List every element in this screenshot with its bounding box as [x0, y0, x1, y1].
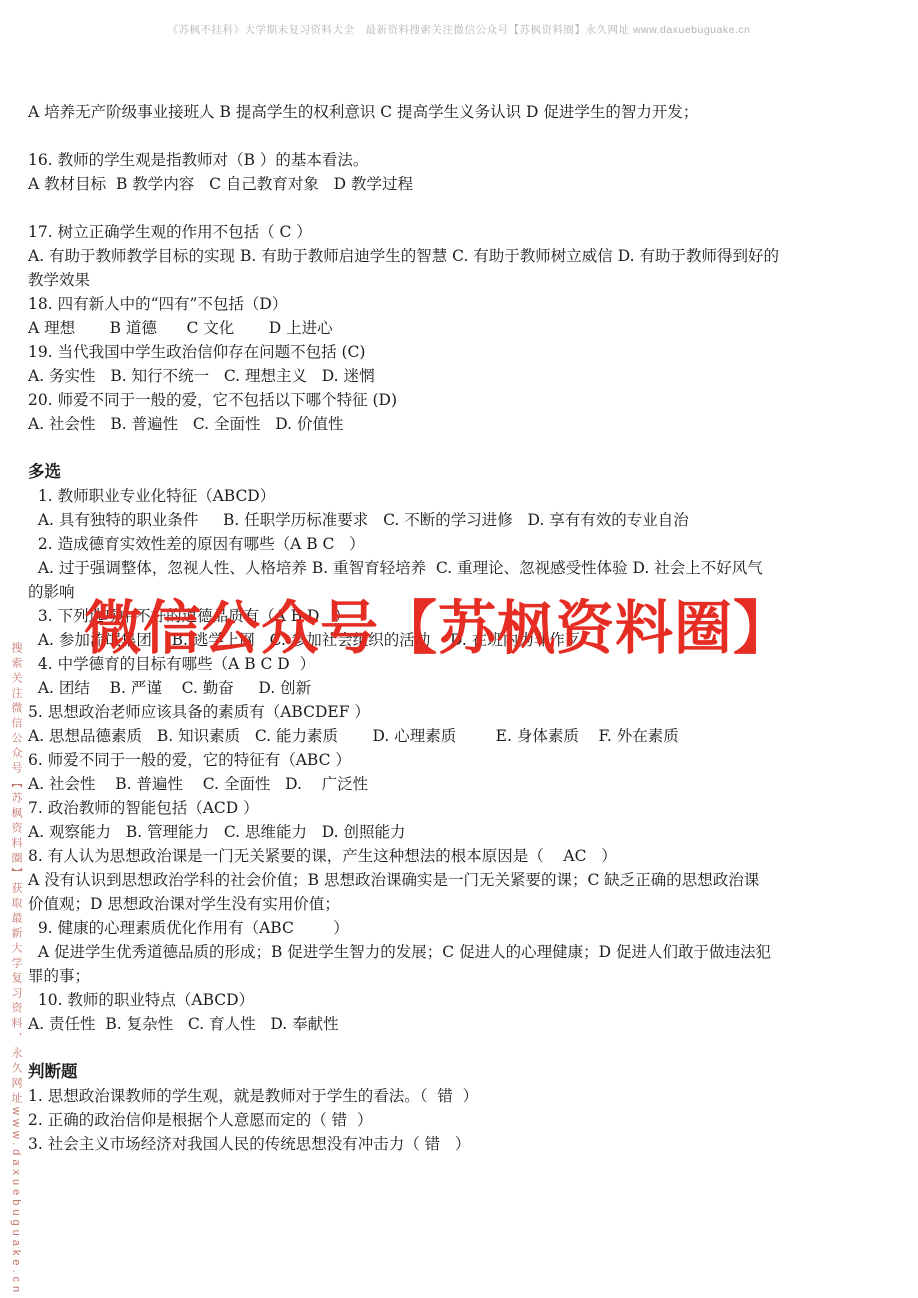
document-line: A 培养无产阶级事业接班人 B 提高学生的权利意识 C 提高学生义务认识 D 促…: [28, 100, 894, 124]
document-line: A. 有助于教师教学目标的实现 B. 有助于教师启迪学生的智慧 C. 有助于教师…: [28, 244, 894, 268]
document-line: A 没有认识到思想政治学科的社会价值；B 思想政治课确实是一门无关紧要的课；C …: [28, 868, 894, 892]
center-watermark-text: 微信公众号【苏枫资料圈】: [84, 594, 792, 664]
document-line: 教学效果: [28, 268, 894, 292]
document-line: 7. 政治教师的智能包括（ACD ）: [28, 796, 894, 820]
document-line: 1. 思想政治课教师的学生观，就是教师对于学生的看法。（ 错 ）: [28, 1084, 894, 1108]
document-line: 3. 社会主义市场经济对我国人民的传统思想没有冲击力（ 错 ）: [28, 1132, 894, 1156]
document-line: A. 社会性 B. 普遍性 C. 全面性 D. 价值性: [28, 412, 894, 436]
document-line: 10. 教师的职业特点（ABCD）: [28, 988, 894, 1012]
document-line: A. 责任性 B. 复杂性 C. 育人性 D. 奉献性: [28, 1012, 894, 1036]
document-line: 5. 思想政治老师应该具备的素质有（ABCDEF ）: [28, 700, 894, 724]
document-line: 17. 树立正确学生观的作用不包括（ C ）: [28, 220, 894, 244]
document-line: 1. 教师职业专业化特征（ABCD）: [28, 484, 894, 508]
document-line: A. 团结 B. 严谨 C. 勤奋 D. 创新: [28, 676, 894, 700]
document-line: A 促进学生优秀道德品质的形成；B 促进学生智力的发展；C 促进人的心理健康；D…: [28, 940, 894, 964]
document-line: 6. 师爱不同于一般的爱，它的特征有（ABC ）: [28, 748, 894, 772]
document-line: A 教材目标 B 教学内容 C 自己教育对象 D 教学过程: [28, 172, 894, 196]
blank-line: [28, 196, 894, 220]
blank-line: [28, 436, 894, 460]
blank-line: [28, 124, 894, 148]
document-line: 8. 有人认为思想政治课是一门无关紧要的课，产生这种想法的根本原因是（ AC ）: [28, 844, 894, 868]
document-line: A. 社会性 B. 普遍性 C. 全面性 D. 广泛性: [28, 772, 894, 796]
blank-line: [28, 1036, 894, 1060]
document-line: A 理想 B 道德 C 文化 D 上进心: [28, 316, 894, 340]
document-line: 9. 健康的心理素质优化作用有（ABC ）: [28, 916, 894, 940]
document-line: A. 思想品德素质 B. 知识素质 C. 能力素质 D. 心理素质 E. 身体素…: [28, 724, 894, 748]
document-line: 2. 造成德育实效性差的原因有哪些（A B C ）: [28, 532, 894, 556]
document-page: 《苏枫不挂科》大学期末复习资料大全 最新资料搜索关注微信公众号【苏枫资料圈】永久…: [0, 0, 918, 1298]
section-heading: 判断题: [28, 1060, 894, 1084]
header-watermark-text: 《苏枫不挂科》大学期末复习资料大全 最新资料搜索关注微信公众号【苏枫资料圈】永久…: [0, 22, 918, 37]
document-line: A. 观察能力 B. 管理能力 C. 思维能力 D. 创照能力: [28, 820, 894, 844]
document-line: 18. 四有新人中的“四有”不包括（D）: [28, 292, 894, 316]
document-line: 2. 正确的政治信仰是根据个人意愿而定的（ 错 ）: [28, 1108, 894, 1132]
side-watermark-text: 搜索关注微信公众号【苏枫资料圈】获取最新大学复习资料，永久网址www.daxue…: [8, 642, 24, 1296]
document-line: 16. 教师的学生观是指教师对（B ）的基本看法。: [28, 148, 894, 172]
document-line: 价值观；D 思想政治课对学生没有实用价值；: [28, 892, 894, 916]
document-line: 20. 师爱不同于一般的爱，它不包括以下哪个特征 (D): [28, 388, 894, 412]
document-line: 罪的事；: [28, 964, 894, 988]
document-line: 19. 当代我国中学生政治信仰存在问题不包括 (C): [28, 340, 894, 364]
document-line: A. 具有独特的职业条件 B. 任职学历标准要求 C. 不断的学习进修 D. 享…: [28, 508, 894, 532]
section-heading: 多选: [28, 460, 894, 484]
document-line: A. 过于强调整体，忽视人性、人格培养 B. 重智育轻培养 C. 重理论、忽视感…: [28, 556, 894, 580]
document-line: A. 务实性 B. 知行不统一 C. 理想主义 D. 迷惘: [28, 364, 894, 388]
